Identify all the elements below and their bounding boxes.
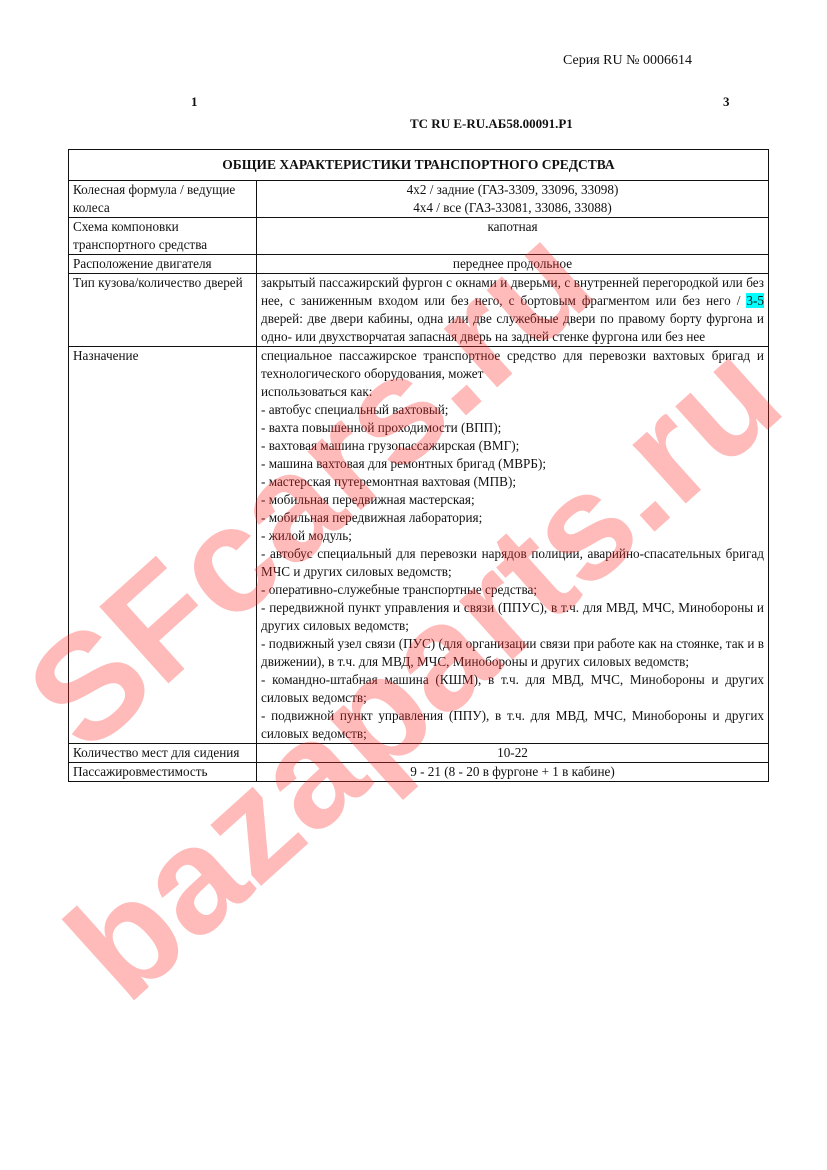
purpose-list-item: - мобильная передвижная мастерская; (261, 491, 764, 509)
purpose-list-item: - жилой модуль; (261, 527, 764, 545)
row-value-wheel-formula: 4х2 / задние (ГАЗ-3309, 33096, 33098) 4х… (257, 181, 769, 218)
purpose-intro-2: использоваться как: (261, 383, 764, 401)
row-value-seats: 10-22 (257, 744, 769, 763)
row-value-purpose: специальное пассажирское транспортное ср… (257, 347, 769, 744)
purpose-list-item: - вахтовая машина грузопассажирская (ВМГ… (261, 437, 764, 455)
characteristics-table: ОБЩИЕ ХАРАКТЕРИСТИКИ ТРАНСПОРТНОГО СРЕДС… (68, 149, 769, 782)
document-number: ТС RU E-RU.АБ58.00091.Р1 (410, 116, 573, 132)
purpose-list-item: - подвижной пункт управления (ППУ), в т.… (261, 707, 764, 743)
purpose-list: - автобус специальный вахтовый;- вахта п… (261, 401, 764, 743)
purpose-list-item: - подвижный узел связи (ПУС) (для органи… (261, 635, 764, 671)
purpose-list-item: - мобильная передвижная лаборатория; (261, 509, 764, 527)
doors-count-highlight: 3-5 (746, 293, 764, 308)
row-label-seats: Количество мест для сидения (69, 744, 257, 763)
purpose-list-item: - автобус специальный вахтовый; (261, 401, 764, 419)
table-row: Тип кузова/количество дверей закрытый па… (69, 274, 769, 347)
row-value-capacity: 9 - 21 (8 - 20 в фургоне + 1 в кабине) (257, 763, 769, 782)
purpose-list-item: - автобус специальный для перевозки наря… (261, 545, 764, 581)
row-label-layout: Схема компоновки транспортного средства (69, 218, 257, 255)
table-row: Расположение двигателя переднее продольн… (69, 255, 769, 274)
purpose-list-item: - передвижной пункт управления и связи (… (261, 599, 764, 635)
row-label-purpose: Назначение (69, 347, 257, 744)
row-label-capacity: Пассажировместимость (69, 763, 257, 782)
table-title: ОБЩИЕ ХАРАКТЕРИСТИКИ ТРАНСПОРТНОГО СРЕДС… (69, 150, 769, 181)
wheel-formula-line: 4х2 / задние (ГАЗ-3309, 33096, 33098) (261, 181, 764, 199)
series-number: Серия RU № 0006614 (563, 53, 692, 69)
row-label-engine: Расположение двигателя (69, 255, 257, 274)
body-text-after: дверей: две двери кабины, одна или две с… (261, 311, 764, 344)
table-row: Назначение специальное пассажирское тран… (69, 347, 769, 744)
purpose-list-item: - мастерская путеремонтная вахтовая (МПВ… (261, 473, 764, 491)
body-text-before: закрытый пассажирский фургон с окнами и … (261, 275, 764, 308)
purpose-list-item: - командно-штабная машина (КШМ), в т.ч. … (261, 671, 764, 707)
purpose-intro: специальное пассажирское транспортное ср… (261, 347, 764, 383)
table-row: Колесная формула / ведущие колеса 4х2 / … (69, 181, 769, 218)
row-label-body: Тип кузова/количество дверей (69, 274, 257, 347)
wheel-formula-line: 4х4 / все (ГАЗ-33081, 33086, 33088) (261, 199, 764, 217)
table-row: Схема компоновки транспортного средства … (69, 218, 769, 255)
table-title-row: ОБЩИЕ ХАРАКТЕРИСТИКИ ТРАНСПОРТНОГО СРЕДС… (69, 150, 769, 181)
purpose-list-item: - машина вахтовая для ремонтных бригад (… (261, 455, 764, 473)
row-label-wheel-formula: Колесная формула / ведущие колеса (69, 181, 257, 218)
row-value-layout: капотная (257, 218, 769, 255)
page-number-right: 3 (723, 94, 730, 110)
row-value-body: закрытый пассажирский фургон с окнами и … (257, 274, 769, 347)
purpose-list-item: - вахта повышенной проходимости (ВПП); (261, 419, 764, 437)
table-row: Пассажировместимость 9 - 21 (8 - 20 в фу… (69, 763, 769, 782)
row-value-engine: переднее продольное (257, 255, 769, 274)
table-row: Количество мест для сидения 10-22 (69, 744, 769, 763)
page-number-left: 1 (191, 94, 198, 110)
purpose-list-item: - оперативно-служебные транспортные сред… (261, 581, 764, 599)
